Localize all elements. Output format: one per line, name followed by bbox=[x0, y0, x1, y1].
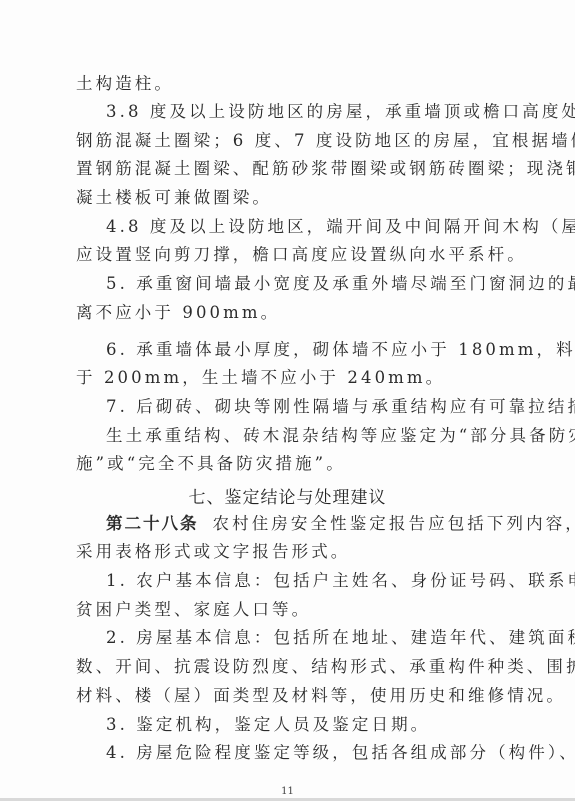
article-line: 第二十八条农村住房安全性鉴定报告应包括下列内容，可 bbox=[106, 514, 575, 534]
paragraph-line: 4. 房屋危险程度鉴定等级，包括各组成部分（构件）、房屋整 bbox=[106, 743, 575, 763]
paragraph-line: 土构造柱。 bbox=[76, 74, 174, 94]
paragraph-line: 4.8 度及以上设防地区，端开间及中间隔开间木构（屋）架间 bbox=[106, 217, 575, 237]
paragraph-line: 3. 鉴定机构，鉴定人员及鉴定日期。 bbox=[106, 715, 430, 735]
page-number: 11 bbox=[0, 786, 575, 797]
document-page: 土构造柱。 3.8 度及以上设防地区的房屋，承重墙顶或檐口高度处应设置 钢筋混凝… bbox=[0, 0, 575, 798]
paragraph-line: 2. 房屋基本信息：包括所在地址、建造年代、建筑面积、层 bbox=[106, 628, 575, 648]
section-heading: 七、鉴定结论与处理建议 bbox=[0, 483, 575, 508]
paragraph-line: 3.8 度及以上设防地区的房屋，承重墙顶或檐口高度处应设置 bbox=[106, 102, 575, 122]
paragraph-line: 采用表格形式或文字报告形式。 bbox=[76, 542, 350, 562]
paragraph-line: 于 200mm，生土墙不应小于 240mm。 bbox=[76, 368, 445, 388]
article-label: 第二十八条 bbox=[106, 514, 199, 533]
article-text: 农村住房安全性鉴定报告应包括下列内容，可 bbox=[213, 514, 575, 533]
paragraph-line: 7. 后砌砖、砌块等刚性隔墙与承重结构应有可靠拉结措施。 bbox=[106, 397, 575, 417]
paragraph-line: 凝土楼板可兼做圈梁。 bbox=[76, 188, 272, 208]
paragraph-line: 1. 农户基本信息：包括户主姓名、身份证号码、联系电话、 bbox=[106, 571, 575, 591]
paragraph-line: 钢筋混凝土圈梁；6 度、7 度设防地区的房屋，宜根据墙体类别设 bbox=[76, 131, 575, 151]
paragraph-line: 生土承重结构、砖木混杂结构等应鉴定为“部分具备防灾措 bbox=[106, 426, 575, 446]
paragraph-line: 施”或“完全不具备防灾措施”。 bbox=[76, 454, 346, 474]
paragraph-line: 离不应小于 900mm。 bbox=[76, 303, 280, 323]
paragraph-line: 数、开间、抗震设防烈度、结构形式、承重构件种类、围护墙体 bbox=[76, 657, 575, 677]
paragraph-line: 6. 承重墙体最小厚度，砌体墙不应小于 180mm，料石墙不应小 bbox=[106, 340, 575, 360]
paragraph-line: 置钢筋混凝土圈梁、配筋砂浆带圈梁或钢筋砖圈梁；现浇钢筋混 bbox=[76, 159, 575, 179]
paragraph-line: 材料、楼（屋）面类型及材料等，使用历史和维修情况。 bbox=[76, 686, 566, 706]
paragraph-line: 贫困户类型、家庭人口等。 bbox=[76, 600, 311, 620]
paragraph-line: 5. 承重窗间墙最小宽度及承重外墙尽端至门窗洞边的最小距 bbox=[106, 274, 575, 294]
paragraph-line: 应设置竖向剪刀撑，檐口高度应设置纵向水平系杆。 bbox=[76, 245, 527, 265]
